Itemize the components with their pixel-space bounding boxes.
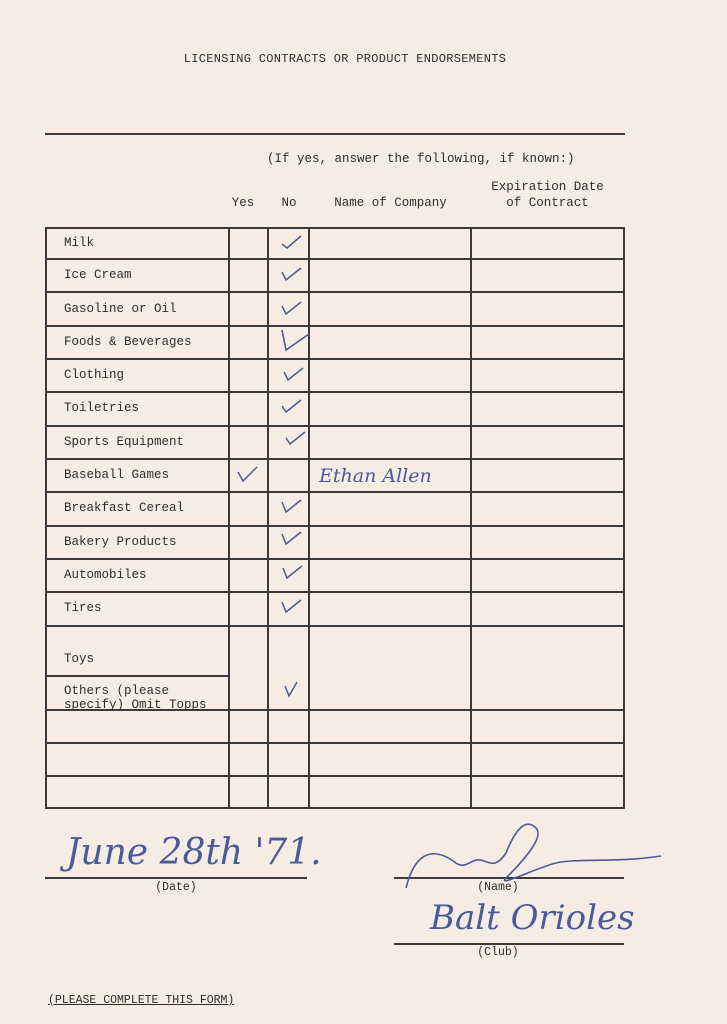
column-header-expiration-line2: of Contract	[475, 195, 620, 211]
row-label-foods: Foods & Beverages	[64, 335, 192, 349]
row-label-tires: Tires	[64, 601, 102, 615]
checkmark-icon	[281, 564, 303, 580]
row-label-bakery: Bakery Products	[64, 535, 177, 549]
row-label-toiletries: Toiletries	[64, 401, 139, 415]
col-divider	[470, 229, 472, 807]
checkmark-icon	[280, 598, 302, 614]
row-divider	[47, 775, 623, 777]
date-label: (Date)	[45, 881, 307, 894]
col-divider	[308, 229, 310, 807]
checkmark-icon	[280, 266, 302, 282]
row-divider	[47, 675, 230, 677]
row-label-toys: Toys	[64, 652, 94, 666]
row-divider	[47, 391, 623, 393]
instruction-text: (If yes, answer the following, if known:…	[267, 152, 575, 166]
checkmark-icon	[283, 682, 305, 698]
row-divider	[47, 325, 623, 327]
row-label-gasoline: Gasoline or Oil	[64, 302, 177, 316]
row-divider	[47, 625, 623, 627]
club-handwritten: Balt Orioles	[430, 898, 635, 938]
date-handwritten: June 28th '71.	[66, 832, 322, 873]
checkmark-icon	[280, 328, 310, 352]
column-header-yes: Yes	[229, 195, 257, 211]
signature-scribble	[396, 808, 666, 898]
checkmark-icon	[280, 300, 302, 316]
checkmark-icon	[236, 466, 258, 482]
club-line	[394, 943, 624, 945]
row-divider	[47, 558, 623, 560]
row-label-automobiles: Automobiles	[64, 568, 147, 582]
row-label-clothing: Clothing	[64, 368, 124, 382]
row-label-others-line2: specify) Omit Topps	[64, 698, 207, 712]
club-label: (Club)	[394, 946, 602, 959]
company-value-baseball-games: Ethan Allen	[319, 465, 432, 487]
checkmark-icon	[282, 366, 304, 382]
row-label-breakfast-cereal: Breakfast Cereal	[64, 501, 184, 515]
row-divider	[47, 742, 623, 744]
checkmark-icon	[280, 234, 302, 250]
row-divider	[47, 258, 623, 260]
checkmark-icon	[280, 498, 302, 514]
endorsement-table: Milk Ice Cream Gasoline or Oil Foods & B…	[45, 227, 625, 809]
row-divider	[47, 525, 623, 527]
checkmark-icon	[284, 430, 306, 446]
row-label-sports-equipment: Sports Equipment	[64, 435, 184, 449]
row-divider	[47, 591, 623, 593]
checkmark-icon	[280, 530, 302, 546]
checkmark-icon	[280, 398, 302, 414]
row-divider	[47, 291, 623, 293]
column-header-no: No	[277, 195, 301, 211]
row-label-others-line1: Others (please	[64, 684, 169, 698]
row-label-milk: Milk	[64, 236, 94, 250]
row-divider	[47, 358, 623, 360]
header-rule	[45, 133, 625, 135]
row-label-baseball-games: Baseball Games	[64, 468, 169, 482]
row-divider	[47, 458, 623, 460]
col-divider	[228, 229, 230, 807]
column-header-expiration-line1: Expiration Date	[475, 179, 620, 195]
row-label-ice-cream: Ice Cream	[64, 268, 132, 282]
date-line	[45, 877, 307, 879]
col-divider	[267, 229, 269, 807]
row-divider	[47, 425, 623, 427]
row-divider	[47, 491, 623, 493]
footer-note: (PLEASE COMPLETE THIS FORM)	[48, 994, 234, 1007]
form-title: LICENSING CONTRACTS OR PRODUCT ENDORSEME…	[0, 52, 690, 66]
column-header-company: Name of Company	[318, 195, 463, 211]
